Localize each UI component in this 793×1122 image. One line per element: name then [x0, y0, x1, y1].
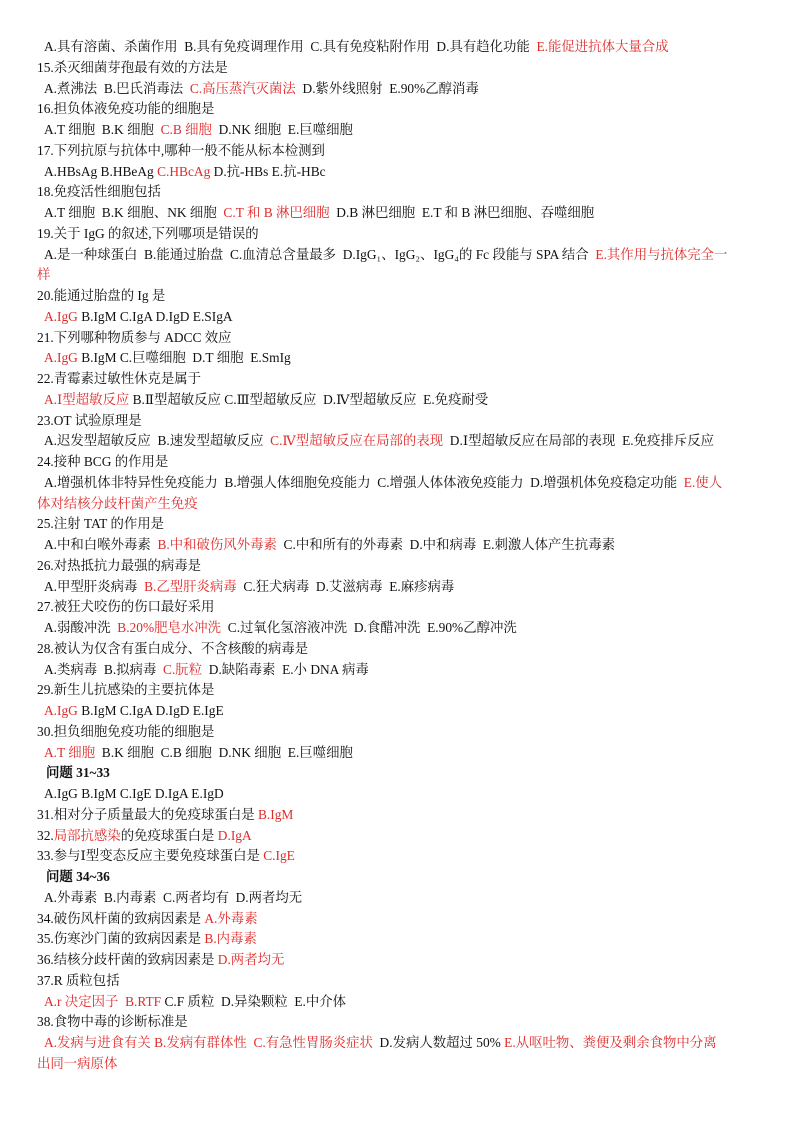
- question-line: 25.注射 TAT 的作用是: [37, 514, 164, 534]
- question-line: 33.参与Ⅰ型变态反应主要免疫球蛋白是 C.IgE: [37, 846, 295, 866]
- answer-text: B.乙型肝炎病毒: [144, 579, 237, 594]
- body-text: A.T 细胞 B.K 细胞、NK 细胞: [44, 205, 223, 220]
- answer-text: B.发病有群体性: [154, 1035, 247, 1050]
- body-text: 16.担负体液免疫功能的细胞是: [37, 101, 214, 116]
- question-line: 38.食物中毒的诊断标准是: [37, 1012, 188, 1032]
- question-line: 28.被认为仅含有蛋白成分、不含核酸的病毒是: [37, 639, 308, 659]
- body-text: B.IgM C.巨噬细胞 D.T 细胞 E.SmIg: [78, 350, 291, 365]
- answer-text: A.IgG: [44, 350, 78, 365]
- options-line: A.弱酸冲洗 B.20%肥皂水冲洗 C.过氧化氢溶液冲洗 D.食醋冲洗 E.90…: [44, 618, 517, 638]
- body-text: 问题 34~36: [46, 869, 110, 884]
- continuation-line: 出同一病原体: [37, 1054, 117, 1074]
- body-text: 37.R 质粒包括: [37, 973, 120, 988]
- body-text: 27.被狂犬咬伤的伤口最好采用: [37, 599, 214, 614]
- body-text: 36.结核分歧杆菌的致病因素是: [37, 952, 218, 967]
- question-line: 26.对热抵抗力最强的病毒是: [37, 556, 201, 576]
- answer-text: C.高压蒸汽灭菌法: [190, 81, 296, 96]
- body-text: 17.下列抗原与抗体中,哪种一般不能从标本检测到: [37, 143, 325, 158]
- options-line: A.IgG B.IgM C.IgA D.IgD E.SIgA: [44, 307, 233, 327]
- answer-text: A.IgG: [44, 703, 78, 718]
- answer-text: E.使人: [684, 475, 722, 490]
- options-line: A.IgG B.IgM C.巨噬细胞 D.T 细胞 E.SmIg: [44, 348, 291, 368]
- body-text: 29.新生儿抗感染的主要抗体是: [37, 682, 214, 697]
- options-line: A.中和白喉外毒素 B.中和破伤风外毒素 C.中和所有的外毒素 D.中和病毒 E…: [44, 535, 615, 555]
- body-text: A.煮沸法 B.巴氏消毒法: [44, 81, 190, 96]
- options-line: A.外毒素 B.内毒素 C.两者均有 D.两者均无: [44, 888, 302, 908]
- body-text: D.紫外线照射 E.90%乙醇消毒: [296, 81, 479, 96]
- question-line: 30.担负细胞免疫功能的细胞是: [37, 722, 214, 742]
- question-line: 27.被狂犬咬伤的伤口最好采用: [37, 597, 214, 617]
- body-text: 21.下列哪种物质参与 ADCC 效应: [37, 330, 232, 345]
- body-text: B.IgM C.IgA D.IgD E.IgE: [78, 703, 224, 718]
- answer-text: C.IgE: [263, 848, 295, 863]
- answer-text: E.其作用与抗体完全一: [595, 247, 727, 262]
- answer-text: B.内毒素: [204, 931, 256, 946]
- section-header: 问题 34~36: [46, 867, 110, 887]
- body-text: C.狂犬病毒 D.艾滋病毒 E.麻疹病毒: [237, 579, 455, 594]
- body-text: 38.食物中毒的诊断标准是: [37, 1014, 188, 1029]
- answer-text: 出同一病原体: [37, 1056, 117, 1071]
- continuation-line: 样: [37, 265, 50, 285]
- body-text: D.发病人数超过 50%: [373, 1035, 504, 1050]
- body-text: B.K 细胞 C.B 细胞 D.NK 细胞 E.巨噬细胞: [95, 745, 353, 760]
- question-line: 24.接种 BCG 的作用是: [37, 452, 168, 472]
- options-line: A.甲型肝炎病毒 B.乙型肝炎病毒 C.狂犬病毒 D.艾滋病毒 E.麻疹病毒: [44, 577, 454, 597]
- body-text: B.IgM C.IgA D.IgD E.SIgA: [78, 309, 233, 324]
- answer-text: 体对结核分歧杆菌产生免疫: [37, 496, 198, 511]
- answer-text: C.T 和 B 淋巴细胞: [223, 205, 329, 220]
- body-text: D.NK 细胞 E.巨噬细胞: [212, 122, 353, 137]
- options-line: A.煮沸法 B.巴氏消毒法 C.高压蒸汽灭菌法 D.紫外线照射 E.90%乙醇消…: [44, 79, 479, 99]
- answer-text: 样: [37, 267, 50, 282]
- options-line: A.IgG B.IgM C.IgA D.IgD E.IgE: [44, 701, 224, 721]
- question-line: 32.局部抗感染的免疫球蛋白是 D.IgA: [37, 826, 252, 846]
- question-line: 16.担负体液免疫功能的细胞是: [37, 99, 214, 119]
- body-text: 问题 31~33: [46, 765, 110, 780]
- body-text: B.Ⅱ型超敏反应 C.Ⅲ型超敏反应 D.Ⅳ型超敏反应 E.免疫耐受: [129, 392, 488, 407]
- answer-text: B.20%肥皂水冲洗: [117, 620, 221, 635]
- answer-text: A.T 细胞: [44, 745, 95, 760]
- body-text: 23.OT 试验原理是: [37, 413, 142, 428]
- body-text: 33.参与Ⅰ型变态反应主要免疫球蛋白是: [37, 848, 263, 863]
- body-text: A.迟发型超敏反应 B.速发型超敏反应: [44, 433, 270, 448]
- question-line: 36.结核分歧杆菌的致病因素是 D.两者均无: [37, 950, 284, 970]
- section-header: 问题 31~33: [46, 763, 110, 783]
- question-line: 23.OT 试验原理是: [37, 411, 142, 431]
- question-line: 22.青霉素过敏性休克是属于: [37, 369, 201, 389]
- body-text: C.F 质粒 D.异染颗粒 E.中介体: [161, 994, 346, 1009]
- options-line: A.增强机体非特异性免疫能力 B.增强人体细胞免疫能力 C.增强人体体液免疫能力…: [44, 473, 722, 493]
- answer-text: C.朊粒: [163, 662, 202, 677]
- question-line: 19.关于 IgG 的叙述,下列哪项是错误的: [37, 224, 259, 244]
- answer-text: E.从呕吐物、粪便及剩余食物中分离: [504, 1035, 716, 1050]
- answer-text: A.外毒素: [204, 911, 257, 926]
- answer-text: A.IgG: [44, 309, 78, 324]
- question-line: 34.破伤风杆菌的致病因素是 A.外毒素: [37, 909, 258, 929]
- body-text: A.类病毒 B.拟病毒: [44, 662, 163, 677]
- answer-text: A.Ⅰ型超敏反应: [44, 392, 129, 407]
- answer-text: B.中和破伤风外毒素: [157, 537, 276, 552]
- body-text: 25.注射 TAT 的作用是: [37, 516, 164, 531]
- body-text: 26.对热抵抗力最强的病毒是: [37, 558, 201, 573]
- body-text: 18.免疫活性细胞包括: [37, 184, 161, 199]
- answer-text: B.RTF: [125, 994, 161, 1009]
- answer-text: B.IgM: [258, 807, 293, 822]
- body-text: 20.能通过胎盘的 Ig 是: [37, 288, 165, 303]
- body-text: A.HBsAg B.HBeAg: [44, 164, 157, 179]
- question-line: 17.下列抗原与抗体中,哪种一般不能从标本检测到: [37, 141, 325, 161]
- body-text: 22.青霉素过敏性休克是属于: [37, 371, 201, 386]
- body-text: C.中和所有的外毒素 D.中和病毒 E.刺激人体产生抗毒素: [277, 537, 615, 552]
- answer-text: C.有急性胃肠炎症状: [253, 1035, 372, 1050]
- body-text: A.甲型肝炎病毒: [44, 579, 144, 594]
- body-text: 19.关于 IgG 的叙述,下列哪项是错误的: [37, 226, 259, 241]
- continuation-line: 体对结核分歧杆菌产生免疫: [37, 494, 198, 514]
- answer-text: C.B 细胞: [161, 122, 212, 137]
- question-line: 15.杀灭细菌芽孢最有效的方法是: [37, 58, 228, 78]
- body-text: 35.伤寒沙门菌的致病因素是: [37, 931, 204, 946]
- question-line: 31.相对分子质量最大的免疫球蛋白是 B.IgM: [37, 805, 293, 825]
- options-line: A.类病毒 B.拟病毒 C.朊粒 D.缺陷毒素 E.小 DNA 病毒: [44, 660, 369, 680]
- body-text: C.过氧化氢溶液冲洗 D.食醋冲洗 E.90%乙醇冲洗: [221, 620, 517, 635]
- body-text: D.抗-HBs E.抗-HBc: [210, 164, 325, 179]
- body-text: A.具有溶菌、杀菌作用 B.具有免疫调理作用 C.具有免疫粘附作用 D.具有趋化…: [44, 39, 536, 54]
- body-text: A.增强机体非特异性免疫能力 B.增强人体细胞免疫能力 C.增强人体体液免疫能力…: [44, 475, 684, 490]
- body-text: A.T 细胞 B.K 细胞: [44, 122, 161, 137]
- answer-text: E.能促进抗体大量合成: [536, 39, 668, 54]
- answer-text: C.Ⅳ型超敏反应在局部的表现: [270, 433, 443, 448]
- answer-text: 局部抗感染: [54, 828, 121, 843]
- options-line: A.迟发型超敏反应 B.速发型超敏反应 C.Ⅳ型超敏反应在局部的表现 D.Ⅰ型超…: [44, 431, 714, 451]
- answer-text: C.HBcAg: [157, 164, 210, 179]
- question-line: 21.下列哪种物质参与 ADCC 效应: [37, 328, 232, 348]
- body-text: 31.相对分子质量最大的免疫球蛋白是: [37, 807, 258, 822]
- body-text: 24.接种 BCG 的作用是: [37, 454, 168, 469]
- body-text: D.Ⅰ型超敏反应在局部的表现 E.免疫排斥反应: [443, 433, 714, 448]
- options-line: A.T 细胞 B.K 细胞、NK 细胞 C.T 和 B 淋巴细胞 D.B 淋巴细…: [44, 203, 594, 223]
- answer-text: A.发病与进食有关: [44, 1035, 151, 1050]
- question-line: 20.能通过胎盘的 Ig 是: [37, 286, 165, 306]
- body-text: D.缺陷毒素 E.小 DNA 病毒: [202, 662, 369, 677]
- options-line: A.HBsAg B.HBeAg C.HBcAg D.抗-HBs E.抗-HBc: [44, 162, 326, 182]
- body-text: 15.杀灭细菌芽孢最有效的方法是: [37, 60, 228, 75]
- body-text: A.中和白喉外毒素: [44, 537, 157, 552]
- options-line: A.T 细胞 B.K 细胞 C.B 细胞 D.NK 细胞 E.巨噬细胞: [44, 120, 353, 140]
- body-text: 30.担负细胞免疫功能的细胞是: [37, 724, 214, 739]
- body-text: 28.被认为仅含有蛋白成分、不含核酸的病毒是: [37, 641, 308, 656]
- body-text: A.外毒素 B.内毒素 C.两者均有 D.两者均无: [44, 890, 302, 905]
- document-page: A.具有溶菌、杀菌作用 B.具有免疫调理作用 C.具有免疫粘附作用 D.具有趋化…: [0, 0, 793, 1122]
- body-text: 34.破伤风杆菌的致病因素是: [37, 911, 204, 926]
- options-line: A.是一种球蛋白 B.能通过胎盘 C.血清总含量最多 D.IgG₁、IgG₂、I…: [44, 245, 727, 265]
- question-line: 35.伤寒沙门菌的致病因素是 B.内毒素: [37, 929, 257, 949]
- question-line: 37.R 质粒包括: [37, 971, 120, 991]
- body-text: D.B 淋巴细胞 E.T 和 B 淋巴细胞、吞噬细胞: [330, 205, 595, 220]
- answer-text: A.r 决定因子: [44, 994, 118, 1009]
- options-line: A.Ⅰ型超敏反应 B.Ⅱ型超敏反应 C.Ⅲ型超敏反应 D.Ⅳ型超敏反应 E.免疫…: [44, 390, 488, 410]
- body-text: A.是一种球蛋白 B.能通过胎盘 C.血清总含量最多 D.IgG₁、IgG₂、I…: [44, 247, 595, 262]
- answer-text: D.两者均无: [218, 952, 285, 967]
- options-line: A.T 细胞 B.K 细胞 C.B 细胞 D.NK 细胞 E.巨噬细胞: [44, 743, 353, 763]
- answer-text: D.IgA: [218, 828, 252, 843]
- options-line: A.r 决定因子 B.RTF C.F 质粒 D.异染颗粒 E.中介体: [44, 992, 346, 1012]
- body-text: A.弱酸冲洗: [44, 620, 117, 635]
- options-line: A.发病与进食有关 B.发病有群体性 C.有急性胃肠炎症状 D.发病人数超过 5…: [44, 1033, 717, 1053]
- body-text: 的免疫球蛋白是: [121, 828, 218, 843]
- options-line: A.IgG B.IgM C.IgE D.IgA E.IgD: [44, 784, 224, 804]
- body-text: A.IgG B.IgM C.IgE D.IgA E.IgD: [44, 786, 224, 801]
- question-line: 18.免疫活性细胞包括: [37, 182, 161, 202]
- options-line: A.具有溶菌、杀菌作用 B.具有免疫调理作用 C.具有免疫粘附作用 D.具有趋化…: [44, 37, 669, 57]
- body-text: 32.: [37, 828, 54, 843]
- question-line: 29.新生儿抗感染的主要抗体是: [37, 680, 214, 700]
